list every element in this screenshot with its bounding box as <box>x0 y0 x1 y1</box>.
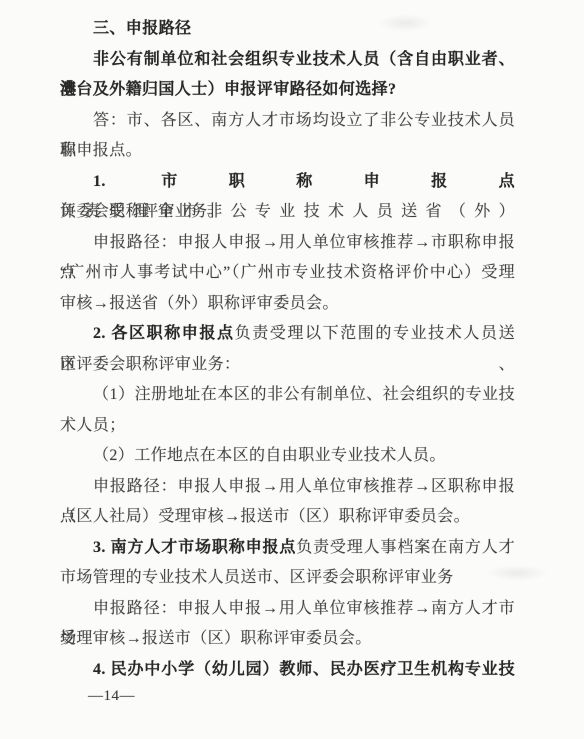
text-run: 受理审核→报送市（区）职称评审委员会。 <box>60 630 372 647</box>
text-run-bold: 4. 民办中小学（幼儿园）教师、民办医疗卫生机构专业技 <box>93 661 515 678</box>
text-line: 2. 各区职称申报点负责受理以下范围的专业技术人员送市、 <box>60 319 515 350</box>
text-line: （区人社局）受理审核→报送市（区）职称评审委员会。 <box>60 502 515 533</box>
text-run: 市场管理的专业技术人员送市、区评委会职称评审业务 <box>60 569 454 586</box>
text-line: （1）注册地址在本区的非公有制单位、社会组织的专业技 <box>60 380 515 411</box>
text-run-bold: 澳台及外籍归国人士）申报评审路径如何选择? <box>60 81 396 98</box>
text-line: 非公有制单位和社会组织专业技术人员（含自由职业者、港 <box>60 45 515 76</box>
text-line: 答：市、各区、南方人才市场均设立了非公专业技术人员职 <box>60 106 515 137</box>
text-run-bold: 三、申报路径 <box>93 20 191 37</box>
text-line: 三、申报路径 <box>60 14 515 45</box>
page-number: —14— <box>88 687 135 705</box>
text-run-bold: 3. 南方人才市场职称申报点 <box>93 539 296 556</box>
text-line: 受理审核→报送市（区）职称评审委员会。 <box>60 624 515 655</box>
text-line: 1. 市职称申报点负责受理全市非公专业技术人员送省（外） <box>60 167 515 198</box>
text-line: 审核→报送省（外）职称评审委员会。 <box>60 289 515 320</box>
text-line: 澳台及外籍归国人士）申报评审路径如何选择? <box>60 75 515 106</box>
text-run: （2）工作地点在本区的自由职业专业技术人员。 <box>93 447 446 464</box>
text-line: 申报路径：申报人申报→用人单位审核推荐→区职称申报点 <box>60 472 515 503</box>
text-line: 术人员； <box>60 411 515 442</box>
text-line: （2）工作地点在本区的自由职业专业技术人员。 <box>60 441 515 472</box>
document-body: 三、申报路径非公有制单位和社会组织专业技术人员（含自由职业者、港澳台及外籍归国人… <box>60 14 515 685</box>
text-line: 称申报点。 <box>60 136 515 167</box>
text-line: 4. 民办中小学（幼儿园）教师、民办医疗卫生机构专业技 <box>60 655 515 686</box>
text-run: （区人社局）受理审核→报送市（区）职称评审委员会。 <box>60 508 470 525</box>
text-run: 称申报点。 <box>60 142 142 159</box>
text-run-bold: 2. 各区职称申报点 <box>93 325 235 342</box>
text-run: 负责受理人事档案在南方人才 <box>296 539 515 556</box>
text-run-bold: 1. 市职称申报点 <box>93 173 515 190</box>
text-line: 申报路径：申报人申报→用人单位审核推荐→南方人才市场 <box>60 594 515 625</box>
text-run: 评委会职称评审业务。 <box>60 203 224 220</box>
text-run: 区评委会职称评审业务： <box>60 356 240 373</box>
text-line: 申报路径：申报人申报→用人单位审核推荐→市职称申报点 <box>60 228 515 259</box>
text-line: “广州市人事考试中心”（广州市专业技术资格评价中心）受理 <box>60 258 515 289</box>
text-run: 审核→报送省（外）职称评审委员会。 <box>60 295 339 312</box>
text-run: （1）注册地址在本区的非公有制单位、社会组织的专业技 <box>93 386 515 403</box>
text-line: 市场管理的专业技术人员送市、区评委会职称评审业务 <box>60 563 515 594</box>
text-line: 3. 南方人才市场职称申报点负责受理人事档案在南方人才 <box>60 533 515 564</box>
document-page: 三、申报路径非公有制单位和社会组织专业技术人员（含自由职业者、港澳台及外籍归国人… <box>0 0 584 739</box>
text-run: “广州市人事考试中心”（广州市专业技术资格评价中心）受理 <box>60 264 515 281</box>
text-run: 术人员； <box>60 417 126 434</box>
